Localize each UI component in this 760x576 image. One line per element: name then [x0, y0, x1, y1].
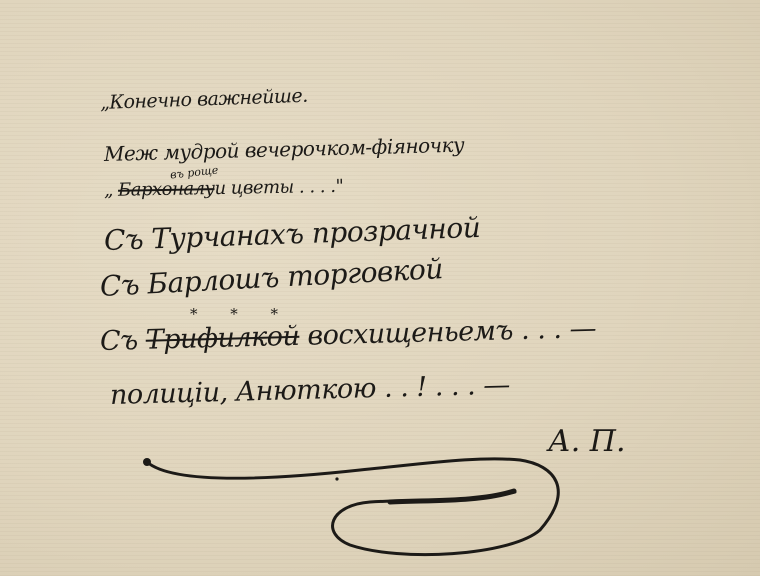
line-6-prefix: Съ — [100, 325, 138, 357]
line-6-remainder: восхищеньемъ . . . — — [307, 313, 596, 352]
struck-word: Бархоналу — [118, 178, 215, 201]
asterisms: * * * — [190, 305, 292, 323]
manuscript-line-7: полиціи, Анюткою . . ! . . . — — [110, 370, 511, 411]
manuscript-page: „Конечно важнейше. Меж мудрой вечерочком… — [0, 0, 760, 576]
manuscript-line-3: „ Бархоналуи цветы . . . ." — [104, 176, 344, 201]
signature-initials: А. П. — [548, 424, 626, 459]
manuscript-line-2: Меж мудрой вечерочком-фіяночку — [104, 133, 465, 166]
manuscript-line-4: Съ Турчанахъ прозрачной — [103, 211, 480, 257]
manuscript-line-6: Съ Трифилкой восхищеньемъ . . . — — [100, 313, 597, 357]
manuscript-line-5: Съ Барлошъ торговкой — [99, 252, 443, 303]
line-3-remainder: и цветы . . . ." — [214, 176, 343, 199]
manuscript-line-1: „Конечно важнейше. — [100, 85, 308, 114]
struck-word: Трифилкой — [145, 321, 299, 356]
